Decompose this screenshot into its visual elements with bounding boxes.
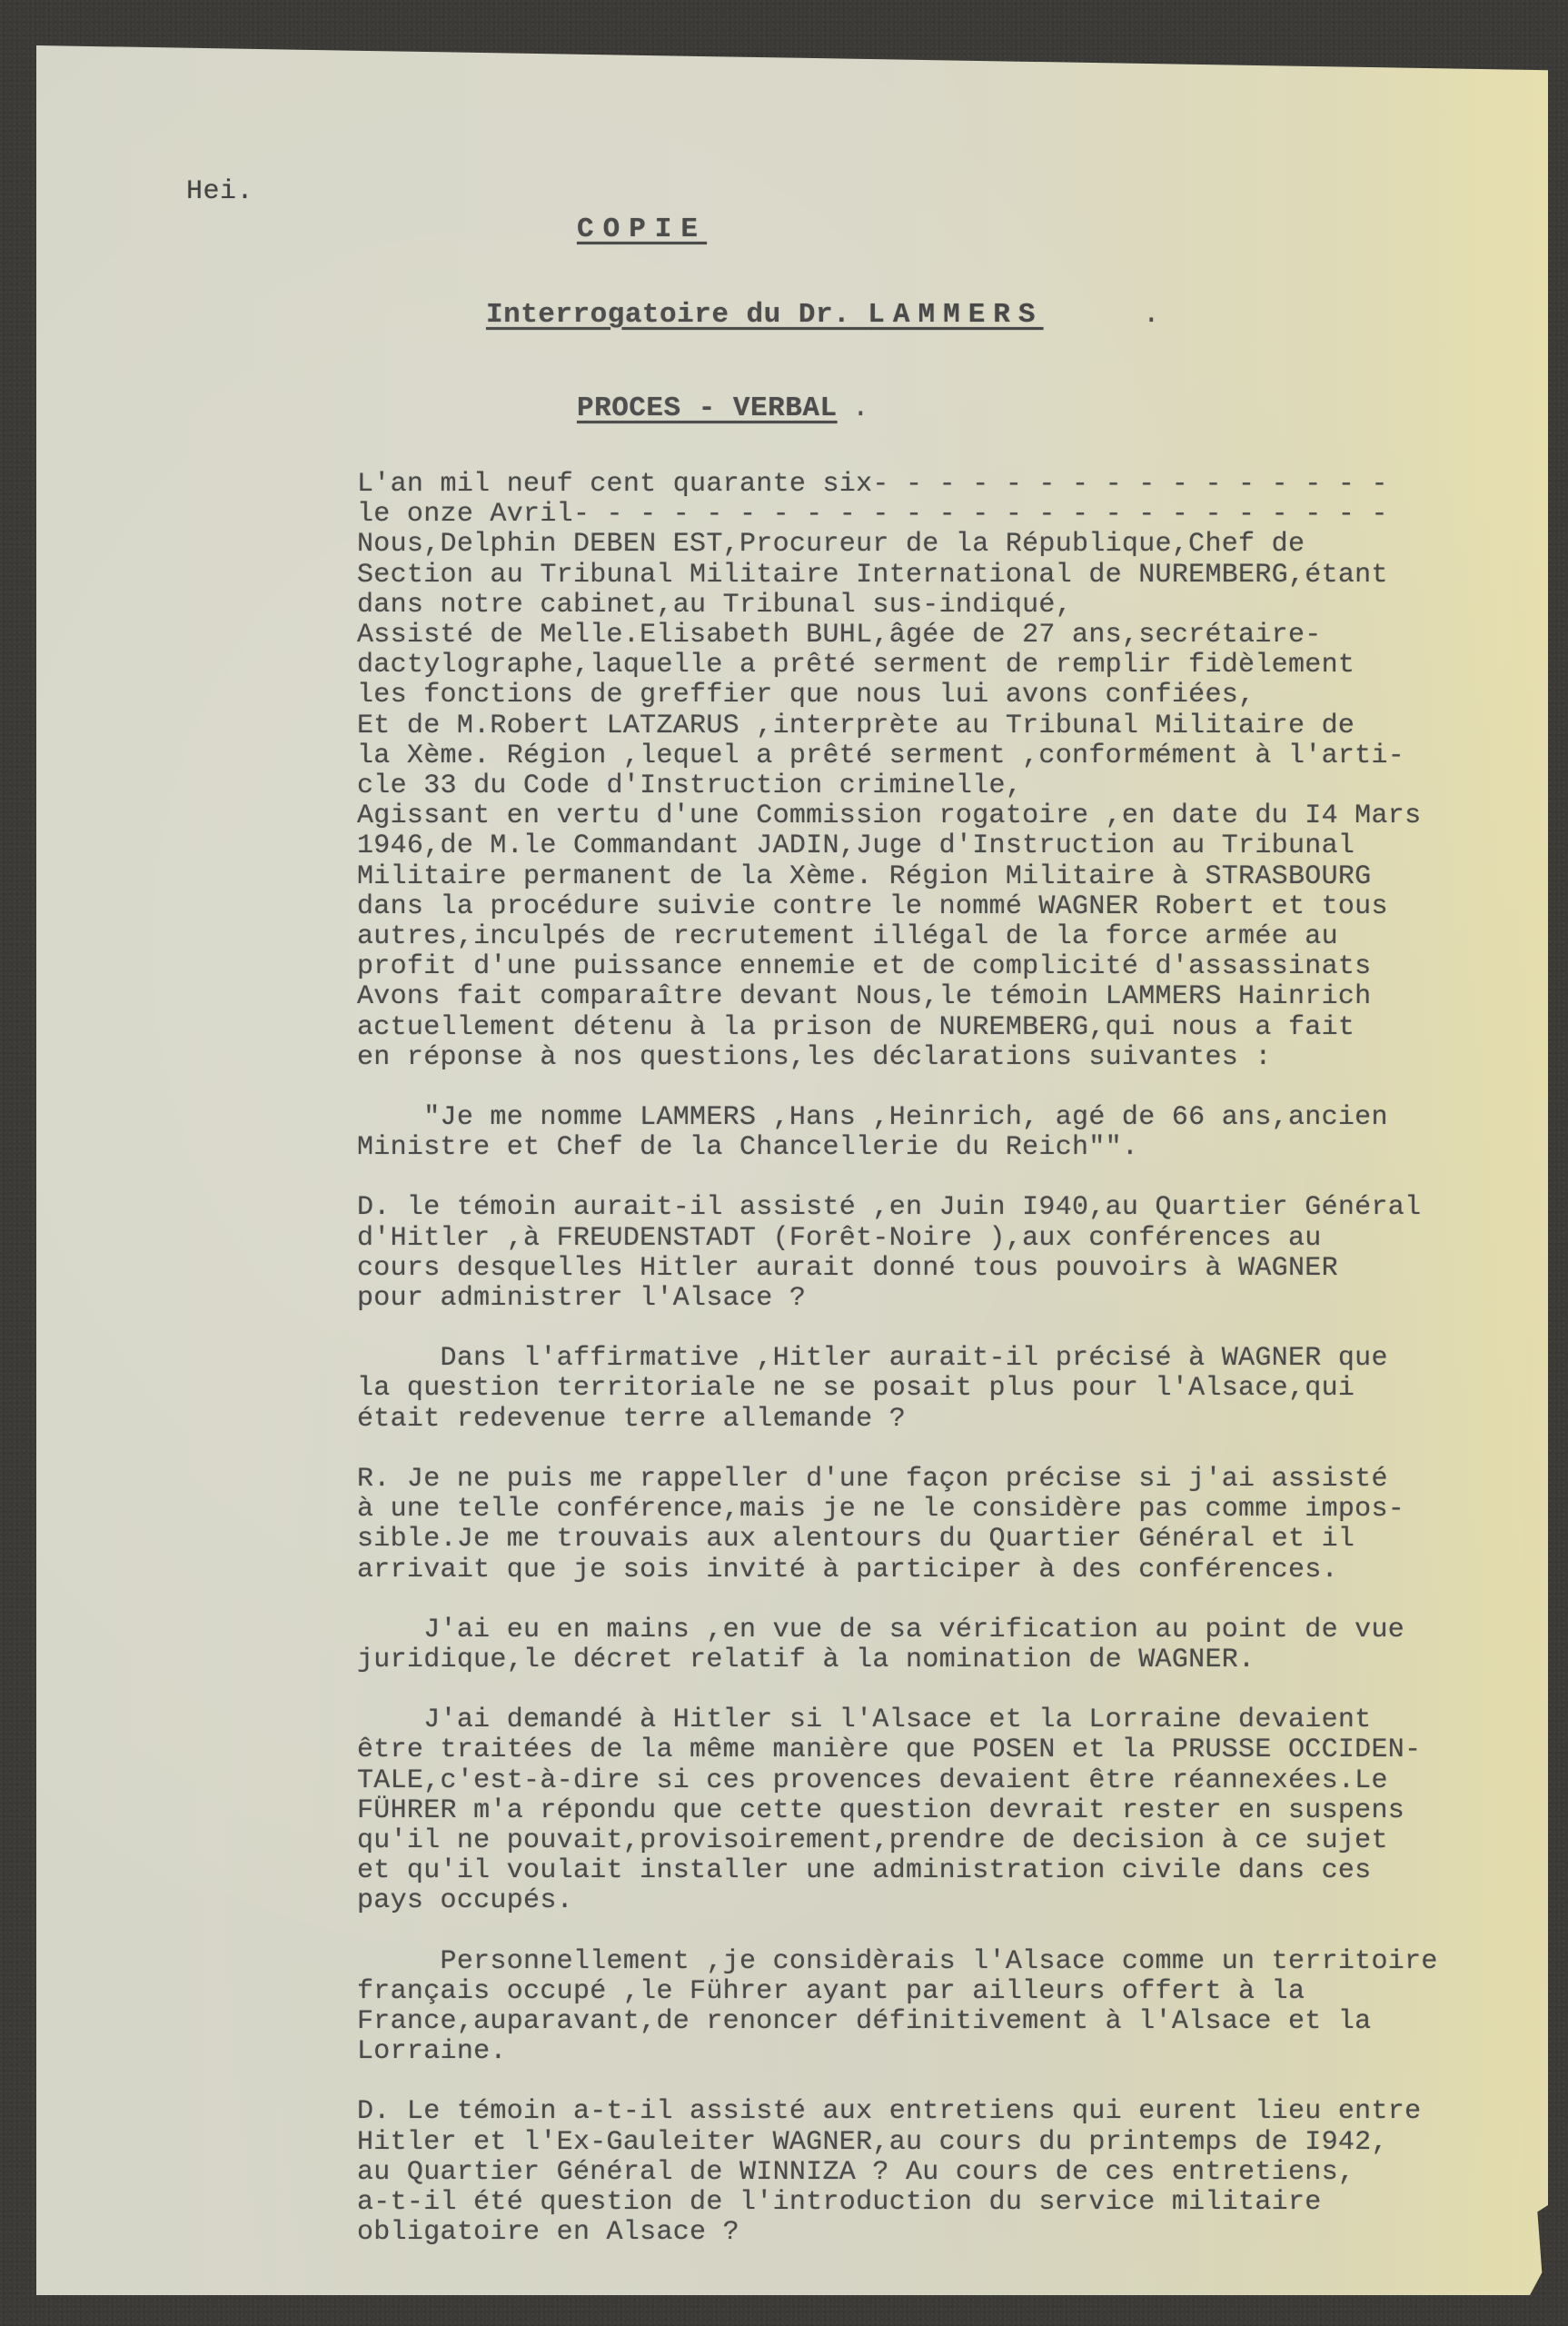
document-subtitle: PROCES - VERBAL bbox=[577, 393, 838, 423]
text-line: autres,inculpés de recrutement illégal d… bbox=[357, 922, 1538, 952]
text-line: FÜHRER m'a répondu que cette question de… bbox=[357, 1796, 1538, 1826]
text-line: Et de M.Robert LATZARUS ,interprète au T… bbox=[357, 711, 1538, 741]
document-title: Interrogatoire du Dr. LAMMERS bbox=[486, 300, 1044, 330]
text-line: France,auparavant,de renoncer définitive… bbox=[357, 2007, 1538, 2037]
text-line: pays occupés. bbox=[357, 1886, 1538, 1916]
text-line: pour administrer l'Alsace ? bbox=[357, 1284, 1538, 1314]
text-line: dactylographe,laquelle a prêté serment d… bbox=[357, 651, 1538, 681]
text-line: être traitées de la même manière que POS… bbox=[357, 1735, 1538, 1765]
paragraph-preamble: L'an mil neuf cent quarante six- - - - -… bbox=[357, 470, 1538, 1073]
paragraph-question-2: D. Le témoin a-t-il assisté aux entretie… bbox=[357, 2097, 1538, 2248]
text-line: arrivait que je sois invité à participer… bbox=[357, 1556, 1538, 1585]
paragraph-answer-1c: J'ai demandé à Hitler si l'Alsace et la … bbox=[357, 1705, 1538, 1916]
text-line: Hitler et l'Ex-Gauleiter WAGNER,au cours… bbox=[357, 2128, 1538, 2158]
paragraph-answer-1b: J'ai eu en mains ,en vue de sa vérificat… bbox=[357, 1615, 1538, 1675]
title-name: LAMMERS bbox=[868, 299, 1043, 331]
paragraph-identity: "Je me nomme LAMMERS ,Hans ,Heinrich, ag… bbox=[357, 1103, 1538, 1163]
subtitle-suffix: . bbox=[852, 393, 869, 423]
paragraph-question-1: D. le témoin aurait-il assisté ,en Juin … bbox=[357, 1193, 1538, 1314]
title-prefix: Interrogatoire du Dr. bbox=[486, 299, 868, 331]
text-line: sible.Je me trouvais aux alentours du Qu… bbox=[357, 1525, 1538, 1555]
text-line: TALE,c'est-à-dire si ces provences devai… bbox=[357, 1766, 1538, 1796]
text-line: J'ai eu en mains ,en vue de sa vérificat… bbox=[357, 1615, 1538, 1645]
header-copie: COPIE bbox=[577, 214, 707, 244]
text-line: Militaire permanent de la Xème. Région M… bbox=[357, 862, 1538, 892]
text-line: dans la procédure suivie contre le nommé… bbox=[357, 892, 1538, 922]
text-line: le onze Avril- - - - - - - - - - - - - -… bbox=[357, 500, 1538, 530]
text-line: Lorraine. bbox=[357, 2037, 1538, 2067]
text-line: juridique,le décret relatif à la nominat… bbox=[357, 1645, 1538, 1675]
reference-initials: Hei. bbox=[186, 177, 253, 207]
text-line: qu'il ne pouvait,provisoirement,prendre … bbox=[357, 1826, 1538, 1856]
text-line: les fonctions de greffier que nous lui a… bbox=[357, 681, 1538, 711]
text-line: était redevenue terre allemande ? bbox=[357, 1405, 1538, 1435]
text-line: "Je me nomme LAMMERS ,Hans ,Heinrich, ag… bbox=[357, 1103, 1538, 1133]
text-line: Personnellement ,je considèrais l'Alsace… bbox=[357, 1947, 1538, 1977]
text-line: en réponse à nos questions,les déclarati… bbox=[357, 1043, 1538, 1073]
text-line: Dans l'affirmative ,Hitler aurait-il pré… bbox=[357, 1344, 1538, 1374]
text-line: profit d'une puissance ennemie et de com… bbox=[357, 952, 1538, 982]
text-line: français occupé ,le Führer ayant par ail… bbox=[357, 1977, 1538, 2007]
text-line: Avons fait comparaître devant Nous,le té… bbox=[357, 982, 1538, 1012]
text-line: cours desquelles Hitler aurait donné tou… bbox=[357, 1254, 1538, 1284]
text-line: Section au Tribunal Militaire Internatio… bbox=[357, 561, 1538, 591]
text-line: L'an mil neuf cent quarante six- - - - -… bbox=[357, 470, 1538, 500]
text-line: actuellement détenu à la prison de NUREM… bbox=[357, 1013, 1538, 1043]
text-line: et qu'il voulait installer une administr… bbox=[357, 1856, 1538, 1886]
text-line: au Quartier Général de WINNIZA ? Au cour… bbox=[357, 2158, 1538, 2188]
text-line: cle 33 du Code d'Instruction criminelle, bbox=[357, 771, 1538, 801]
text-line: Agissant en vertu d'une Commission rogat… bbox=[357, 801, 1538, 831]
paragraph-question-1b: Dans l'affirmative ,Hitler aurait-il pré… bbox=[357, 1344, 1538, 1435]
paragraph-answer-1d: Personnellement ,je considèrais l'Alsace… bbox=[357, 1947, 1538, 2068]
text-line: la question territoriale ne se posait pl… bbox=[357, 1374, 1538, 1404]
text-line: a-t-il été question de l'introduction du… bbox=[357, 2188, 1538, 2218]
title-suffix: . bbox=[1143, 300, 1160, 330]
text-line: Ministre et Chef de la Chancellerie du R… bbox=[357, 1133, 1538, 1163]
text-line: J'ai demandé à Hitler si l'Alsace et la … bbox=[357, 1705, 1538, 1735]
document-body: L'an mil neuf cent quarante six- - - - -… bbox=[357, 470, 1538, 2248]
text-line: dans notre cabinet,au Tribunal sus-indiq… bbox=[357, 591, 1538, 621]
text-line: Assisté de Melle.Elisabeth BUHL,âgée de … bbox=[357, 621, 1538, 651]
text-line: D. Le témoin a-t-il assisté aux entretie… bbox=[357, 2097, 1538, 2127]
paragraph-answer-1: R. Je ne puis me rappeller d'une façon p… bbox=[357, 1465, 1538, 1585]
text-line: à une telle conférence,mais je ne le con… bbox=[357, 1495, 1538, 1525]
text-line: obligatoire en Alsace ? bbox=[357, 2218, 1538, 2248]
text-line: la Xème. Région ,lequel a prêté serment … bbox=[357, 741, 1538, 771]
text-line: Nous,Delphin DEBEN EST,Procureur de la R… bbox=[357, 530, 1538, 560]
text-line: d'Hitler ,à FREUDENSTADT (Forêt-Noire ),… bbox=[357, 1224, 1538, 1254]
text-line: 1946,de M.le Commandant JADIN,Juge d'Ins… bbox=[357, 831, 1538, 861]
text-line: R. Je ne puis me rappeller d'une façon p… bbox=[357, 1465, 1538, 1495]
text-line: D. le témoin aurait-il assisté ,en Juin … bbox=[357, 1193, 1538, 1223]
